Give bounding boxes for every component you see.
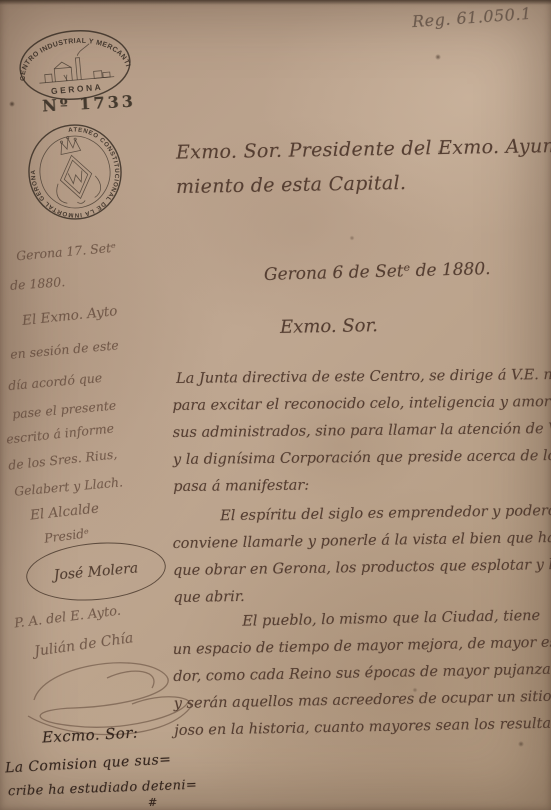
document-scan: Reg. 61.050.1 CENTRO INDUSTRIAL Y MERCAN… xyxy=(0,0,551,810)
ateneo-seal-arc-text: ATENEO CONSTITUCIONAL DE LA INMORTAL GER… xyxy=(21,118,128,227)
body-line: La Junta directiva de este Centro, se di… xyxy=(172,362,548,393)
mayor-signature: José Molera xyxy=(24,537,168,606)
commission-note-line: cribe ha estudiado deteni= xyxy=(8,778,198,800)
margin-line: de los Sres. Rius, xyxy=(8,446,118,472)
crowned-coat-of-arms-icon xyxy=(46,132,104,208)
margin-line: El Exmo. Ayto xyxy=(21,303,118,329)
margin-line: pase el presente xyxy=(12,397,117,421)
margin-line: en sesión de este xyxy=(10,337,120,361)
body-paragraph: El espíritu del siglo es emprendedor y p… xyxy=(172,498,550,612)
margin-line: Gerona 17. Setᵉ xyxy=(16,240,117,264)
letter-heading-line-2: miento de esta Capital. xyxy=(176,172,407,198)
body-line: para excitar el reconocido celo, intelig… xyxy=(172,389,548,420)
margin-line: de 1880. xyxy=(10,274,66,293)
margin-line: El Alcalde xyxy=(29,500,99,523)
secretary-formula: P. A. del E. Ayto. xyxy=(13,604,121,632)
margin-line: escrito á informe xyxy=(6,420,115,446)
body-paragraph: El pueblo, lo mismo que la Ciudad, tiene… xyxy=(172,603,551,745)
margin-line: Presidᵉ xyxy=(43,525,90,545)
mayor-signature-text: José Molera xyxy=(53,560,139,583)
commission-note-mark: # xyxy=(148,796,158,809)
ateneo-seal: ATENEO CONSTITUCIONAL DE LA INMORTAL GER… xyxy=(17,113,134,231)
body-line: y la dignísima Corporación que preside a… xyxy=(173,443,549,474)
margin-line: Gelabert y Llach. xyxy=(14,474,124,498)
body-line: pasa á manifestar: xyxy=(173,470,549,501)
body-line: joso en la historia, cuanto mayores sean… xyxy=(174,711,550,745)
body-paragraph: La Junta directiva de este Centro, se di… xyxy=(172,362,549,501)
svg-text:ATENEO CONSTITUCIONAL DE LA IN: ATENEO CONSTITUCIONAL DE LA INMORTAL GER… xyxy=(21,118,128,227)
margin-line: día acordó que xyxy=(8,370,103,393)
letter-heading-line-1: Exmo. Sor. Presidente del Exmo. Ayunta— xyxy=(176,134,551,163)
stamp-number: Nº 1733 xyxy=(42,92,137,116)
dateline: Gerona 6 de Setᵉ de 1880. xyxy=(264,259,491,285)
body-line: sus administrados, sino para llamar la a… xyxy=(173,416,549,447)
salutation: Exmo. Sor. xyxy=(280,315,378,338)
scan-top-edge-shadow xyxy=(0,0,551,5)
registry-annotation: Reg. 61.050.1 xyxy=(411,4,532,31)
commission-note-line: La Comision que sus= xyxy=(5,752,172,777)
